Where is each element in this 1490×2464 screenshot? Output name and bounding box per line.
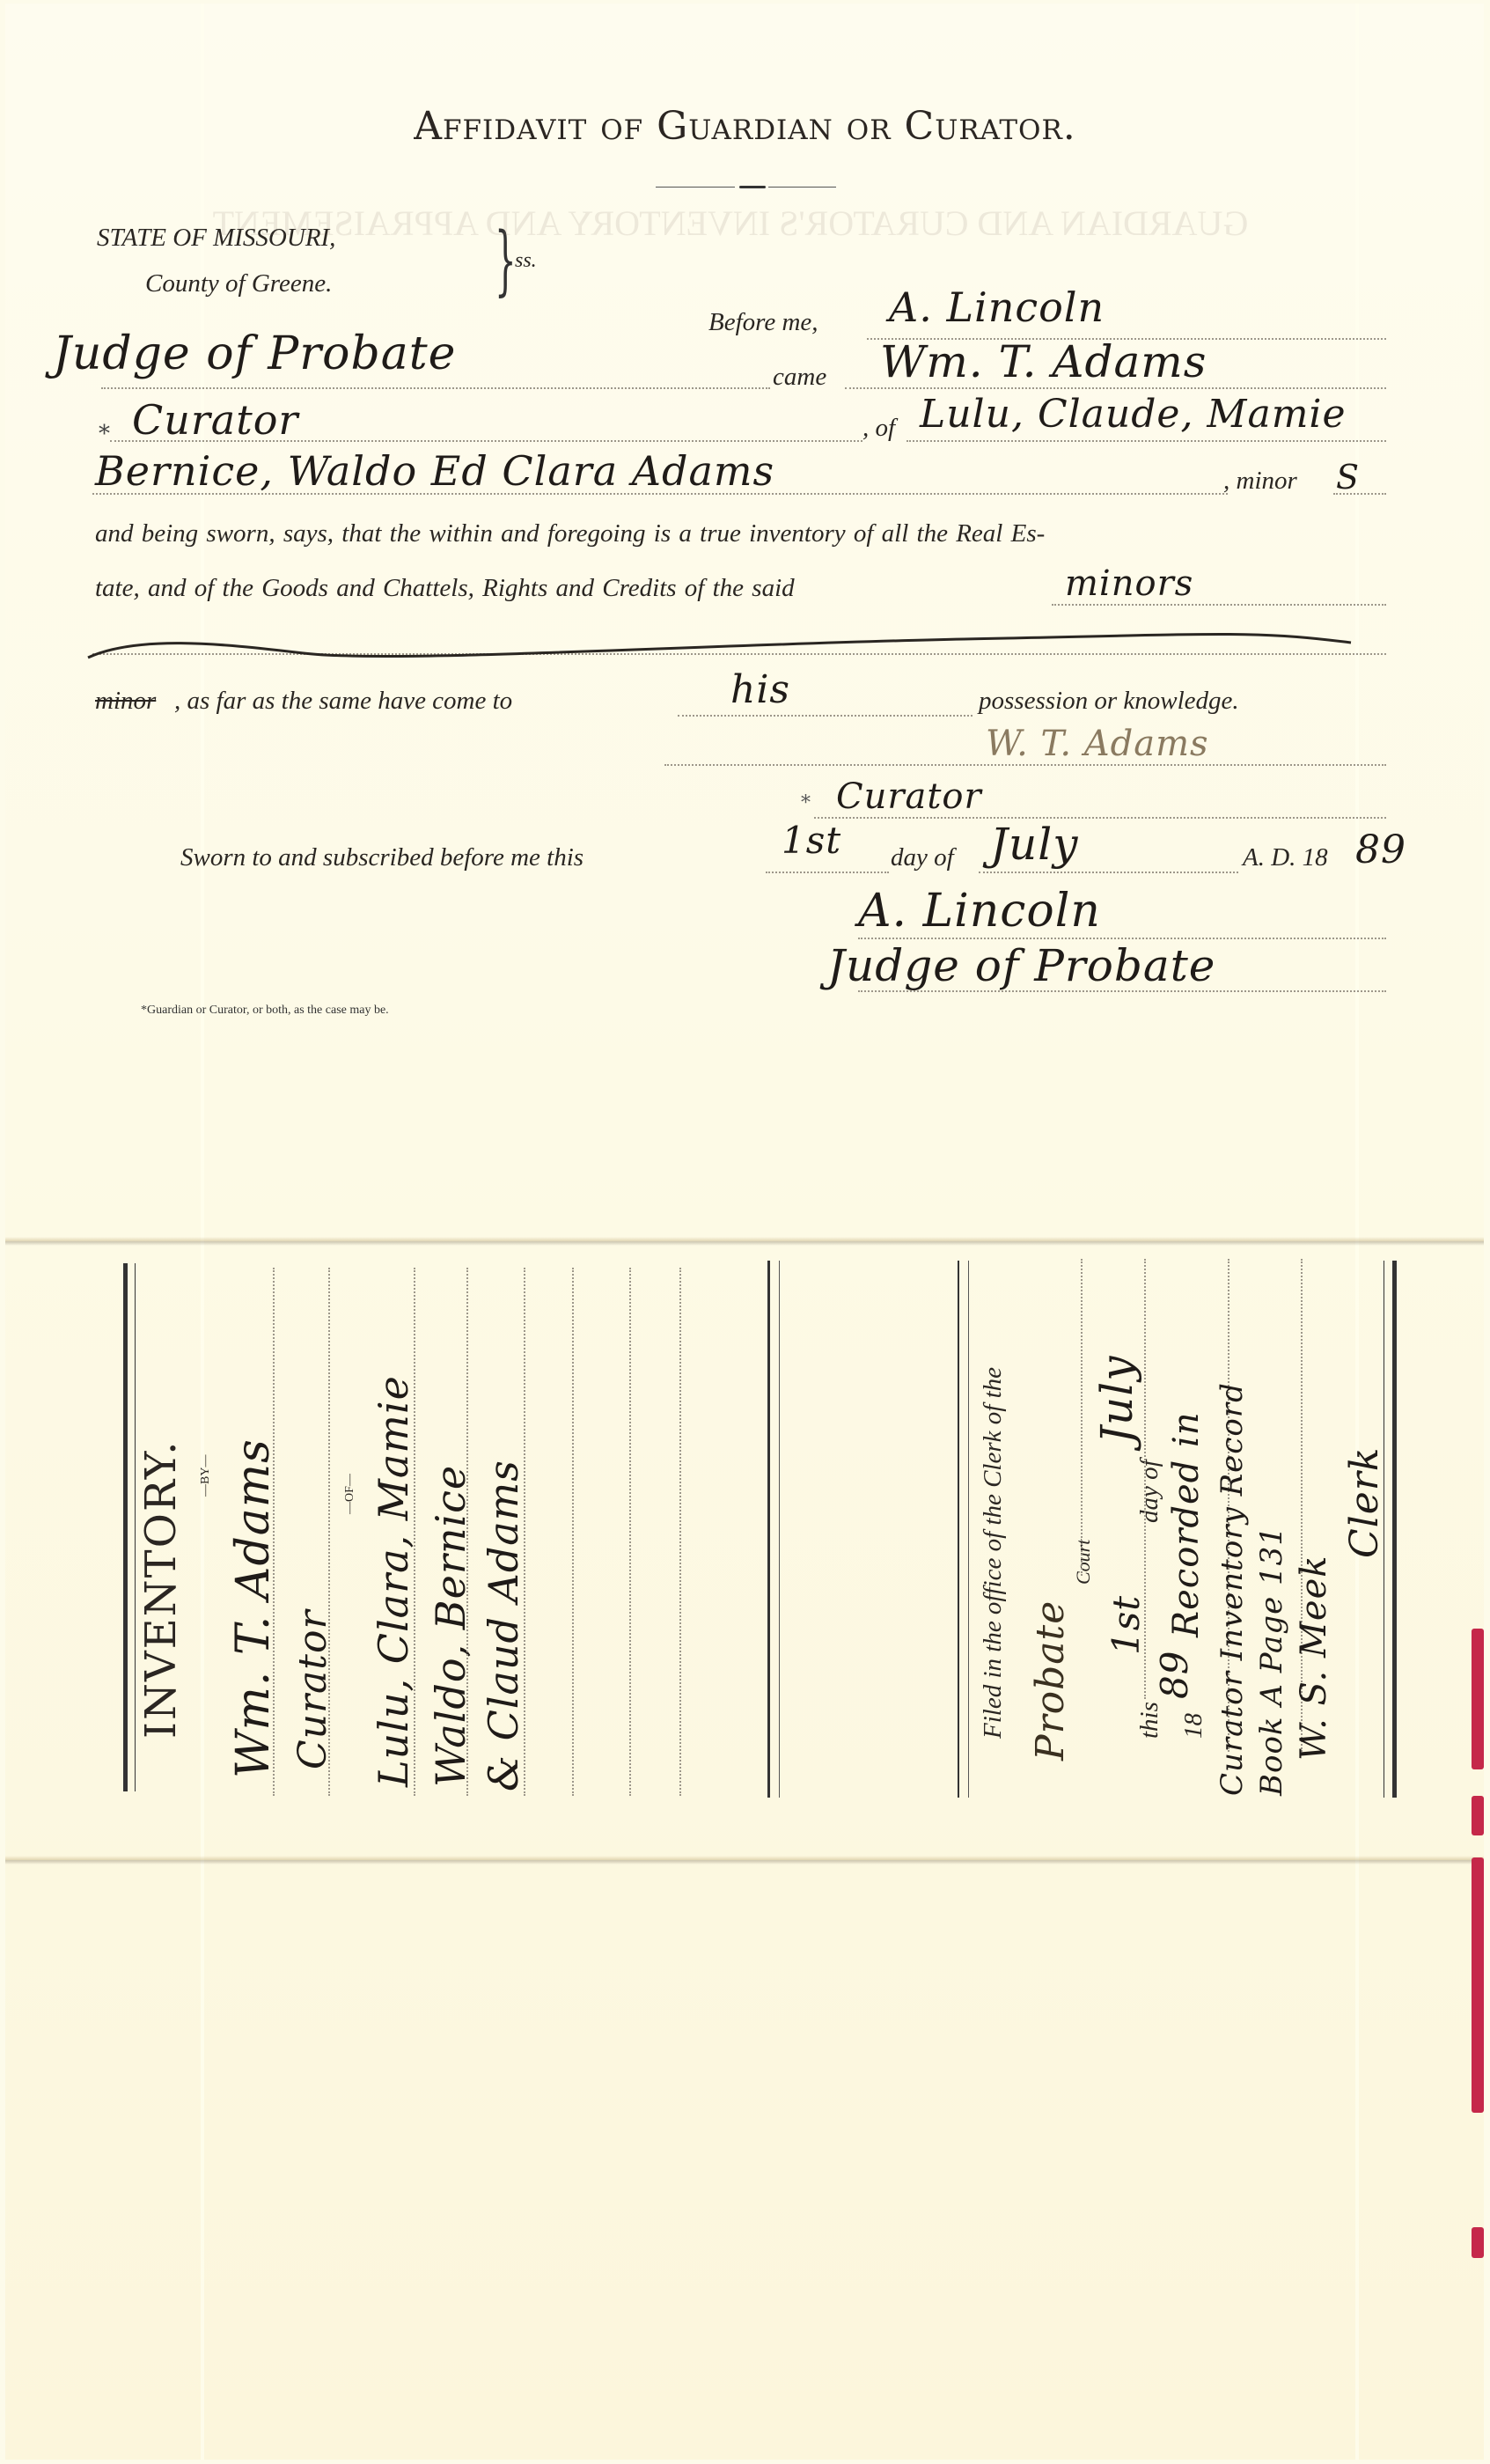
judge-signature: A. Lincoln — [858, 885, 1101, 938]
inventory-of-line-b — [466, 1268, 468, 1796]
venue-ss: ss. — [515, 249, 537, 273]
filed-court-value: Probate — [1028, 1600, 1073, 1761]
clerk-title: Clerk — [1342, 1447, 1387, 1558]
came-line — [845, 387, 1386, 389]
of-label: , of — [862, 414, 895, 443]
inventory-blank-line — [629, 1268, 631, 1796]
document-title: Affidavit of Guardian or Curator. — [0, 104, 1490, 149]
filed-day: 1st — [1105, 1595, 1148, 1655]
inventory-of-line3: & Claud Adams — [480, 1460, 527, 1791]
body-line-2: tate, and of the Goods and Chattels, Rig… — [95, 574, 795, 603]
body-line-4: , as far as the same have come to — [174, 687, 512, 716]
jurat-year-label: A. D. 18 — [1243, 843, 1328, 872]
inventory-of-line1: Lulu, Clara, Mamie — [370, 1375, 417, 1787]
inventory-rule-heavy — [1392, 1261, 1397, 1798]
filed-day-line — [1144, 1259, 1146, 1699]
recorded-line1: Recorded in — [1166, 1411, 1207, 1637]
red-seal-fragment — [1472, 1629, 1484, 1769]
filed-day-label: day of — [1135, 1460, 1164, 1523]
wards-line — [92, 493, 1228, 495]
of-value-line1: Lulu, Claude, Mamie — [920, 392, 1347, 437]
said-line — [1052, 604, 1386, 606]
affiant-role-marker: * — [801, 792, 811, 814]
body-line-4-suffix: possession or knowledge. — [979, 687, 1239, 716]
inventory-blank-line — [572, 1268, 574, 1796]
footnote: *Guardian or Curator, or both, as the ca… — [141, 1004, 389, 1018]
role-line — [110, 440, 862, 442]
jurat-month: July — [990, 819, 1078, 870]
affiant-role: Curator — [836, 776, 982, 817]
inventory-by-label: —BY— — [199, 1455, 213, 1497]
inventory-blank-line — [679, 1268, 681, 1796]
affiant-signature: W. T. Adams — [986, 724, 1209, 764]
filed-court-line — [1081, 1259, 1083, 1576]
possession-value: his — [730, 667, 790, 712]
red-seal-fragment — [1472, 1796, 1484, 1835]
officer-title-value: Judge of Probate — [53, 327, 456, 380]
clerk-name: W. S. Meek — [1294, 1556, 1334, 1762]
title-ornament-rule — [656, 186, 836, 188]
of-value-line2: Bernice, Waldo Ed Clara Adams — [95, 447, 774, 495]
jurat-day: 1st — [782, 819, 841, 862]
jurat-day-line — [766, 872, 889, 873]
panel-divider-thin — [968, 1261, 969, 1798]
came-value: Wm. T. Adams — [880, 336, 1207, 387]
strike-flourish — [84, 627, 1360, 671]
red-seal-fragment — [1472, 1857, 1484, 2113]
inventory-rule-thin — [1384, 1261, 1384, 1798]
filed-label: Filed in the office of the Clerk of the — [979, 1367, 1008, 1739]
recorded-line3: Book A Page 131 — [1254, 1526, 1289, 1796]
filed-this-label: this — [1135, 1702, 1164, 1739]
fold-line-vertical — [1355, 4, 1359, 2460]
possession-line — [678, 715, 973, 717]
panel-divider-thin — [779, 1261, 780, 1798]
filed-year: 89 — [1153, 1651, 1196, 1699]
recorded-line2: Curator Inventory Record — [1215, 1382, 1250, 1796]
of-line — [906, 440, 1386, 442]
panel-divider-heavy — [958, 1261, 959, 1798]
bleed-through-text: GUARDIAN AND CURATOR'S INVENTORY AND APP… — [114, 202, 1347, 244]
red-seal-fragment — [1472, 2227, 1484, 2258]
minor-label: , minor — [1223, 467, 1297, 496]
inventory-of-line-c — [524, 1268, 525, 1796]
role-marker: * — [99, 421, 110, 447]
minor-suffix: S — [1336, 458, 1360, 496]
inventory-heading: INVENTORY. — [136, 1440, 186, 1739]
fold-line-horizontal — [5, 1856, 1484, 1865]
filed-court-label: Court — [1072, 1540, 1095, 1585]
filed-year-prefix: 18 — [1179, 1713, 1208, 1739]
jurat-month-line — [979, 872, 1238, 873]
officer-title-line — [101, 387, 770, 389]
jurat-label: Sworn to and subscribed before me this — [180, 843, 584, 872]
inventory-by-line — [273, 1268, 275, 1796]
inventory-role-line — [328, 1268, 330, 1796]
before-me-value: A. Lincoln — [889, 283, 1105, 331]
struck-minor: minor — [95, 687, 156, 716]
before-me-label: Before me, — [708, 308, 818, 337]
body-line-1: and being sworn, says, that the within a… — [95, 519, 1045, 548]
panel-divider-heavy — [767, 1261, 770, 1798]
inventory-by-value: Wm. T. Adams — [227, 1438, 280, 1778]
said-value: minors — [1065, 563, 1193, 604]
filed-month: July — [1091, 1356, 1142, 1444]
jurat-day-label: day of — [891, 843, 954, 872]
came-label: came — [773, 363, 826, 392]
role-value: Curator — [132, 396, 298, 444]
affiant-role-line — [814, 817, 1386, 819]
inventory-rule-thin — [135, 1263, 136, 1791]
judge-title: Judge of Probate — [827, 940, 1215, 991]
inventory-rule-heavy — [123, 1263, 128, 1791]
fold-line-horizontal — [5, 1237, 1484, 1246]
jurat-year: 89 — [1355, 827, 1406, 872]
judge-signature-line — [858, 938, 1386, 939]
venue-county: County of Greene. — [145, 269, 332, 298]
inventory-of-line-a — [414, 1268, 415, 1796]
affiant-signature-line — [664, 764, 1386, 766]
inventory-of-label: —OF— — [343, 1474, 357, 1514]
